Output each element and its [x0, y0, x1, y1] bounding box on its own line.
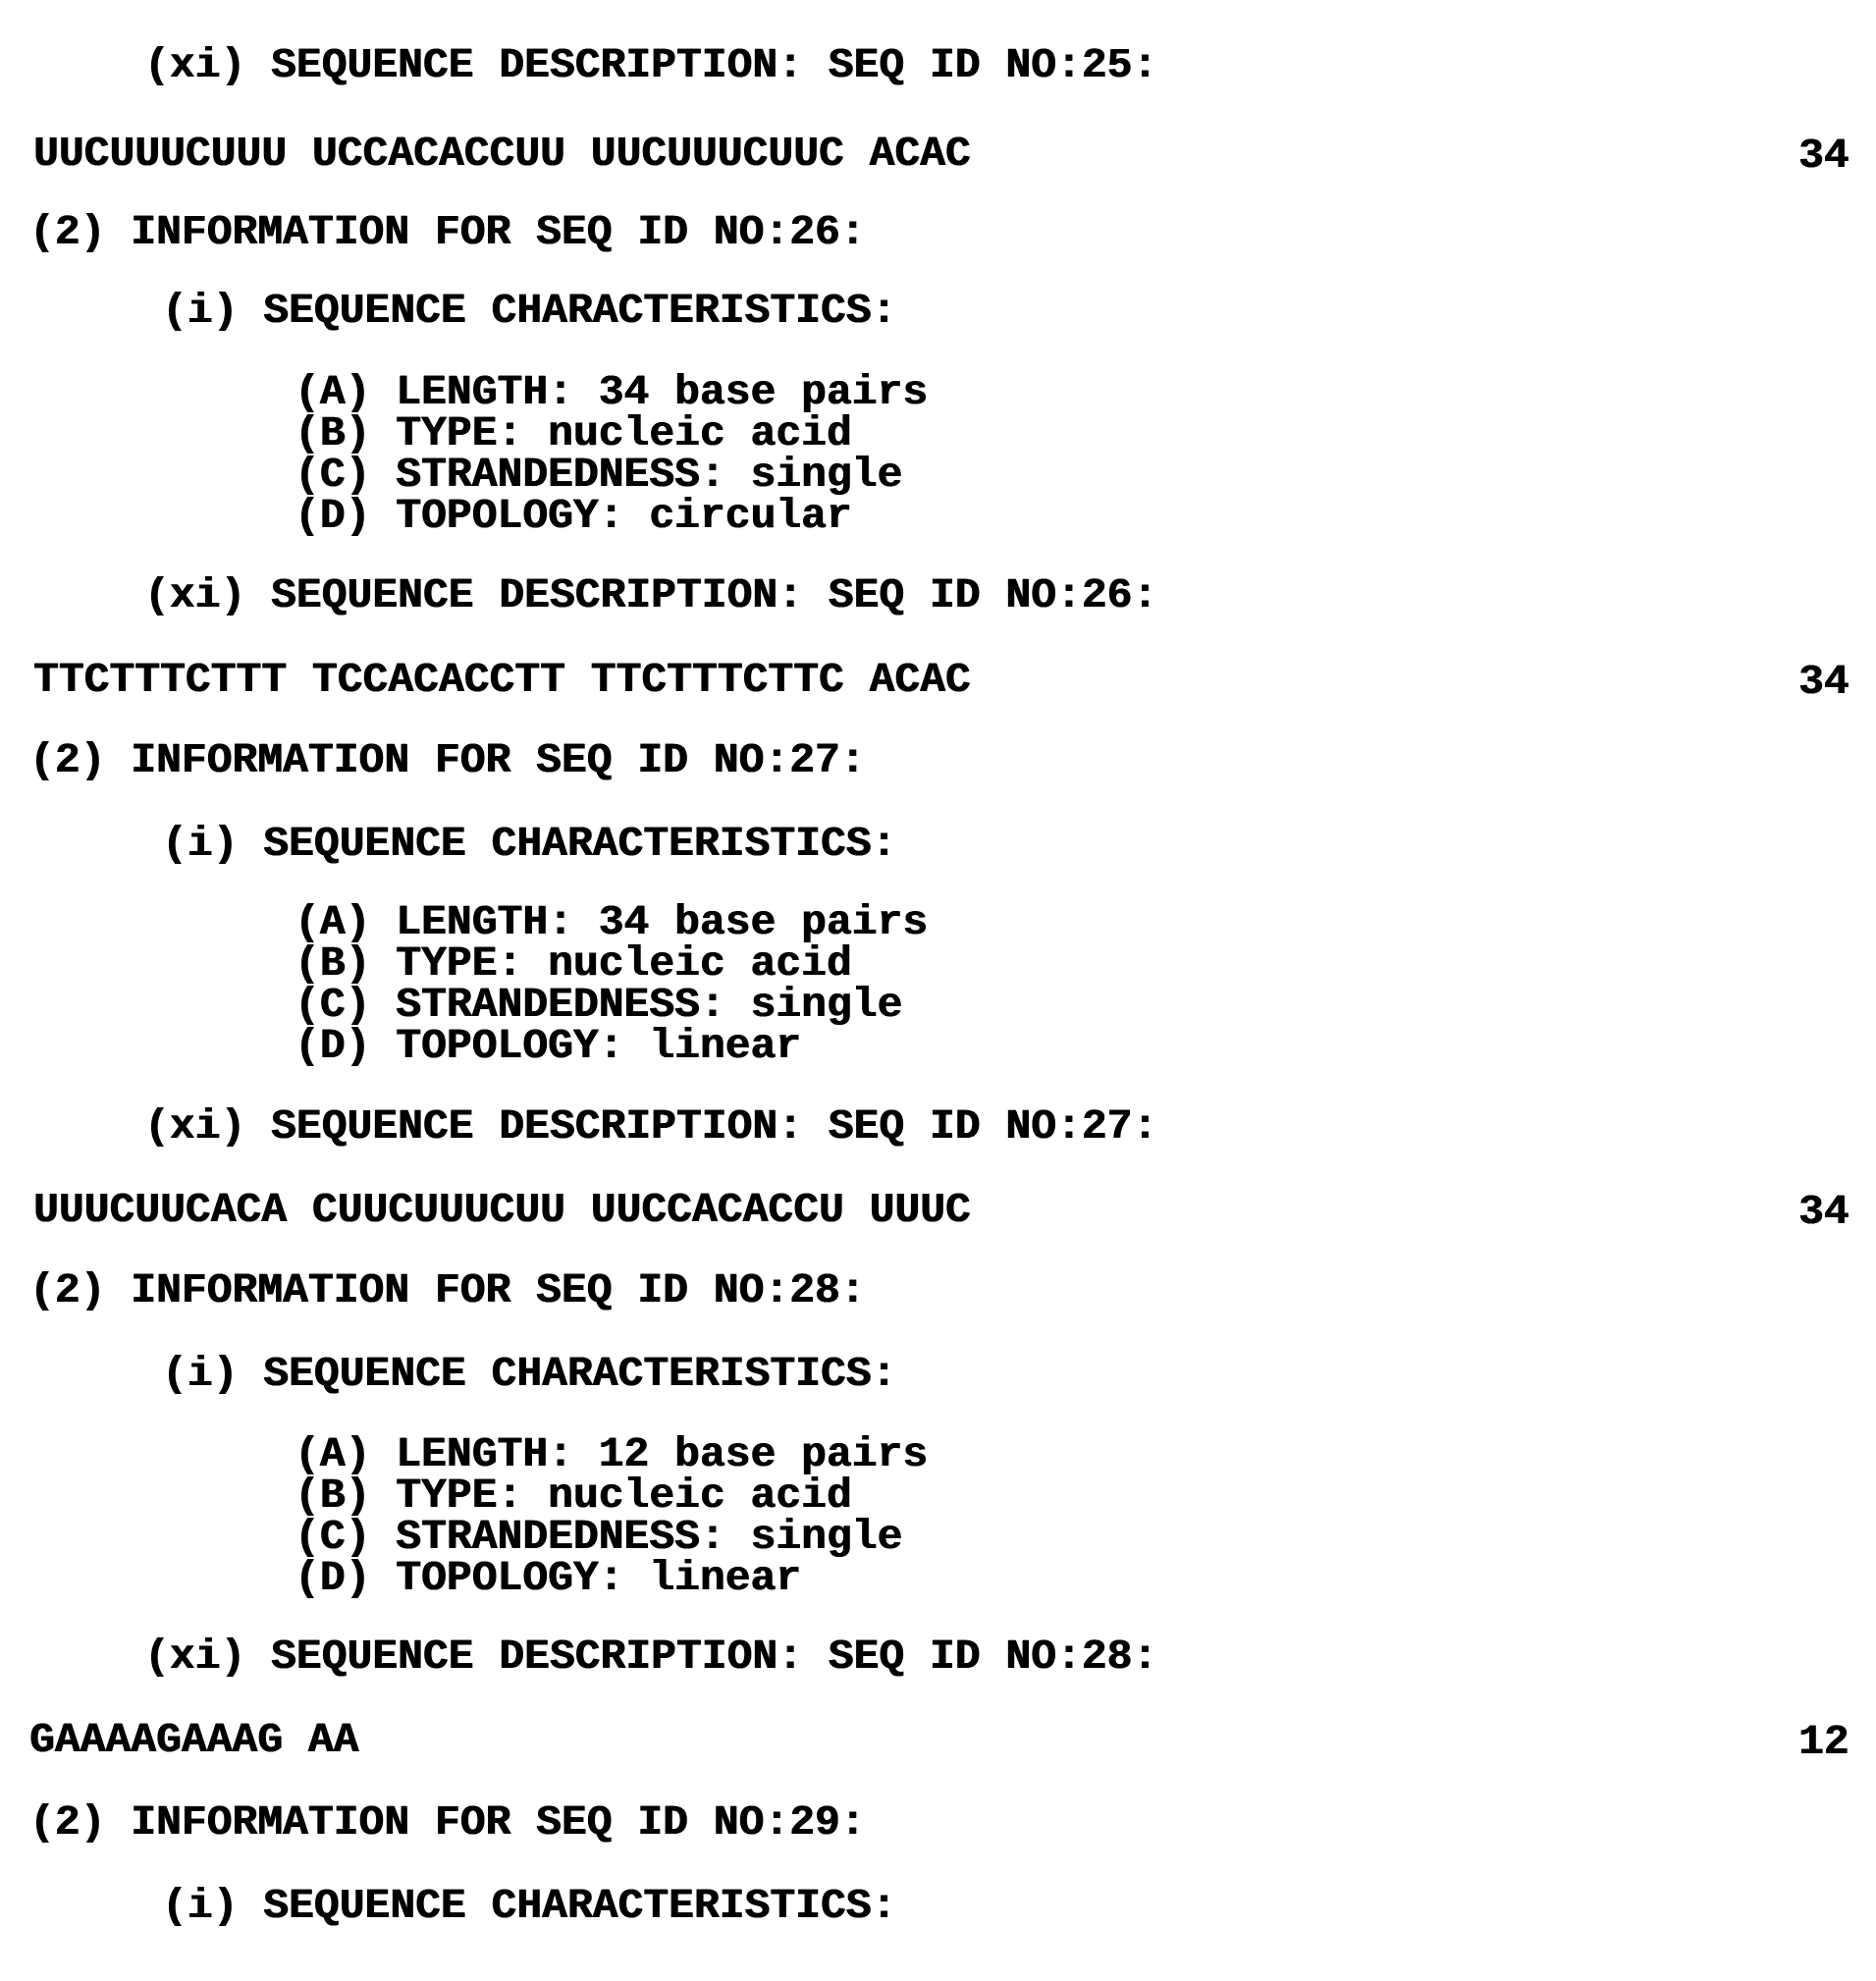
seq28-strandedness-line: (C) STRANDEDNESS: single: [295, 1516, 902, 1558]
seq28-description-line: (xi) SEQUENCE DESCRIPTION: SEQ ID NO:28:: [144, 1635, 1157, 1678]
seq26-sequence-text: TTCTTTCTTT TCCACACCTT TTCTTTCTTC ACAC: [33, 659, 971, 701]
seq28-type-line: (B) TYPE: nucleic acid: [295, 1474, 852, 1517]
seq27-type-line: (B) TYPE: nucleic acid: [295, 942, 852, 985]
seq27-strandedness-line: (C) STRANDEDNESS: single: [295, 984, 902, 1026]
seq28-topology-line: (D) TOPOLOGY: linear: [295, 1557, 801, 1599]
seq26-description-line: (xi) SEQUENCE DESCRIPTION: SEQ ID NO:26:: [144, 574, 1157, 616]
seq27-description-line: (xi) SEQUENCE DESCRIPTION: SEQ ID NO:27:: [144, 1105, 1157, 1148]
seq28-information-line: (2) INFORMATION FOR SEQ ID NO:28:: [29, 1269, 866, 1312]
seq25-sequence-text: UUCUUUCUUU UCCACACCUU UUCUUUCUUC ACAC: [33, 133, 971, 175]
seq28-length-count: 12: [1798, 1721, 1849, 1763]
seq26-type-line: (B) TYPE: nucleic acid: [295, 412, 852, 455]
seq27-length-line: (A) LENGTH: 34 base pairs: [295, 901, 928, 943]
seq26-strandedness-line: (C) STRANDEDNESS: single: [295, 454, 902, 496]
seq26-topology-line: (D) TOPOLOGY: circular: [295, 495, 852, 537]
seq25-length-count: 34: [1798, 134, 1849, 177]
seq28-length-line: (A) LENGTH: 12 base pairs: [295, 1433, 928, 1475]
seq28-characteristics-heading: (i) SEQUENCE CHARACTERISTICS:: [162, 1353, 896, 1395]
seq26-characteristics-heading: (i) SEQUENCE CHARACTERISTICS:: [162, 290, 896, 332]
seq29-characteristics-heading: (i) SEQUENCE CHARACTERISTICS:: [162, 1885, 896, 1927]
seq26-length-line: (A) LENGTH: 34 base pairs: [295, 371, 928, 413]
patent-sequence-listing-page: (xi) SEQUENCE DESCRIPTION: SEQ ID NO:25:…: [0, 0, 1876, 1981]
seq27-information-line: (2) INFORMATION FOR SEQ ID NO:27:: [29, 739, 866, 781]
seq27-characteristics-heading: (i) SEQUENCE CHARACTERISTICS:: [162, 823, 896, 865]
seq27-topology-line: (D) TOPOLOGY: linear: [295, 1025, 801, 1067]
seq29-information-line: (2) INFORMATION FOR SEQ ID NO:29:: [29, 1801, 866, 1844]
seq26-information-line: (2) INFORMATION FOR SEQ ID NO:26:: [29, 211, 866, 253]
seq27-sequence-text: UUUCUUCACA CUUCUUUCUU UUCCACACCU UUUC: [33, 1189, 971, 1231]
seq27-length-count: 34: [1798, 1191, 1849, 1233]
seq28-sequence-text: GAAAAGAAAG AA: [29, 1719, 358, 1761]
seq25-description-line: (xi) SEQUENCE DESCRIPTION: SEQ ID NO:25:: [144, 44, 1157, 86]
seq26-length-count: 34: [1798, 661, 1849, 703]
